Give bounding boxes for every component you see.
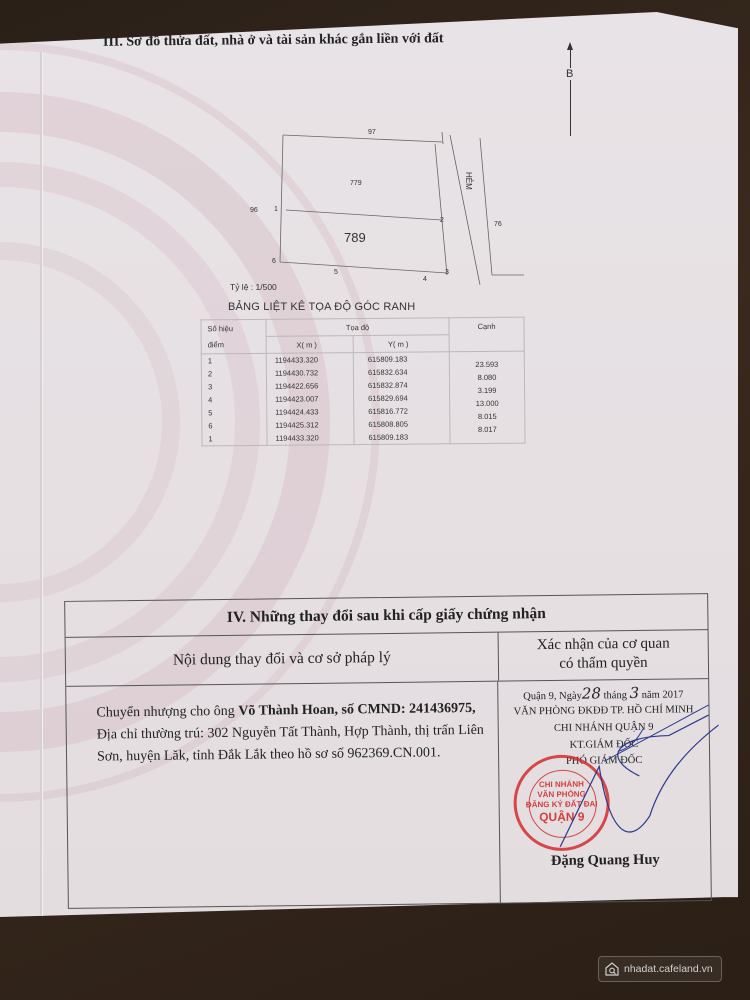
signature-icon [518,695,720,867]
header-point: Số hiệuđiểm [201,319,266,354]
cell-x: 1194425.312 [267,418,354,432]
vertex-label: 4 [423,276,427,283]
signer-name: Đặng Quang Huy [500,851,710,871]
cell-point: 3 [201,380,266,394]
cell-edge: 3.199 [450,384,525,398]
neighbor-left: 96 [250,207,258,214]
header-y: Y( m ) [353,335,449,353]
cell-edge: 8.015 [450,410,525,424]
cell-y: 615829.694 [354,391,450,405]
neighbor-inner-top: 779 [350,180,362,187]
cell-y: 615809.183 [353,352,449,366]
vertex-label: 5 [334,269,338,276]
cell-x: 1194433.320 [267,431,354,445]
cell-point: 5 [202,406,267,420]
cell-y: 615832.874 [353,378,449,392]
section-4-table: IV. Những thay đổi sau khi cấp giấy chứn… [64,593,712,909]
page-fold-line [40,52,42,930]
parcel-diagram: 97 779 96 76 HẺM 789 1 2 3 4 5 6 [230,110,530,285]
north-label: B [566,68,573,80]
cell-x: 1194430.732 [266,366,353,380]
header-x: X( m ) [266,336,353,354]
cell-point: 6 [202,419,267,433]
cell-x: 1194424.433 [267,405,354,419]
cell-y: 615808.805 [354,417,450,431]
cell-edge: 23.593 [449,357,524,371]
cell-y: 615832.634 [353,365,449,379]
authority-confirmation: Quận 9, Ngày28 tháng 3 năm 2017 VĂN PHÒN… [498,679,711,904]
neighbor-right: 76 [494,221,502,228]
coordinate-table-title: BẢNG LIỆT KÊ TỌA ĐỘ GÓC RANH [228,301,415,313]
site-watermark: nhadat.cafeland.vn [598,956,722,982]
cell-y: 615816.772 [354,404,450,418]
cell-point: 1 [201,353,266,367]
table-row: 11194433.320615809.18323.593 [201,351,524,367]
cell-point: 1 [202,432,267,446]
header-authority-confirmation: Xác nhận của cơ quancó thẩm quyền [499,630,709,681]
house-search-icon [604,961,620,977]
cell-edge: 8.017 [450,423,525,437]
change-content: Chuyển nhượng cho ông Võ Thành Hoan, số … [66,682,501,909]
vertex-label: 6 [272,258,276,265]
neighbor-top: 97 [368,129,376,136]
header-change-content: Nội dung thay đổi và cơ sở pháp lý [66,633,500,686]
header-edge: Cạnh [449,317,524,352]
vertex-label: 3 [445,269,449,276]
parcel-number: 789 [344,230,366,245]
vertex-label: 1 [274,206,278,213]
cell-edge [450,436,525,450]
header-coordinates: Tọa độ [266,318,449,337]
cell-x: 1194422.656 [266,379,353,393]
alley-label: HẺM [464,172,473,190]
map-scale: Tỷ lệ : 1/500 [230,282,277,292]
cell-edge: 13.000 [450,397,525,411]
cell-x: 1194433.320 [266,353,353,367]
vertex-label: 2 [440,217,444,224]
coordinate-table: Số hiệuđiểm Tọa độ Cạnh X( m ) Y( m ) 11… [200,317,525,447]
cell-x: 1194423.007 [267,392,354,406]
cell-y: 615809.183 [354,430,450,444]
cell-point: 2 [201,367,266,381]
transferee-info: Võ Thành Hoan, số CMND: 241436975, [238,701,476,719]
cell-edge: 8.080 [449,371,524,385]
north-arrow-icon [570,46,571,136]
cell-point: 4 [202,393,267,407]
watermark-text: nhadat.cafeland.vn [624,963,713,975]
